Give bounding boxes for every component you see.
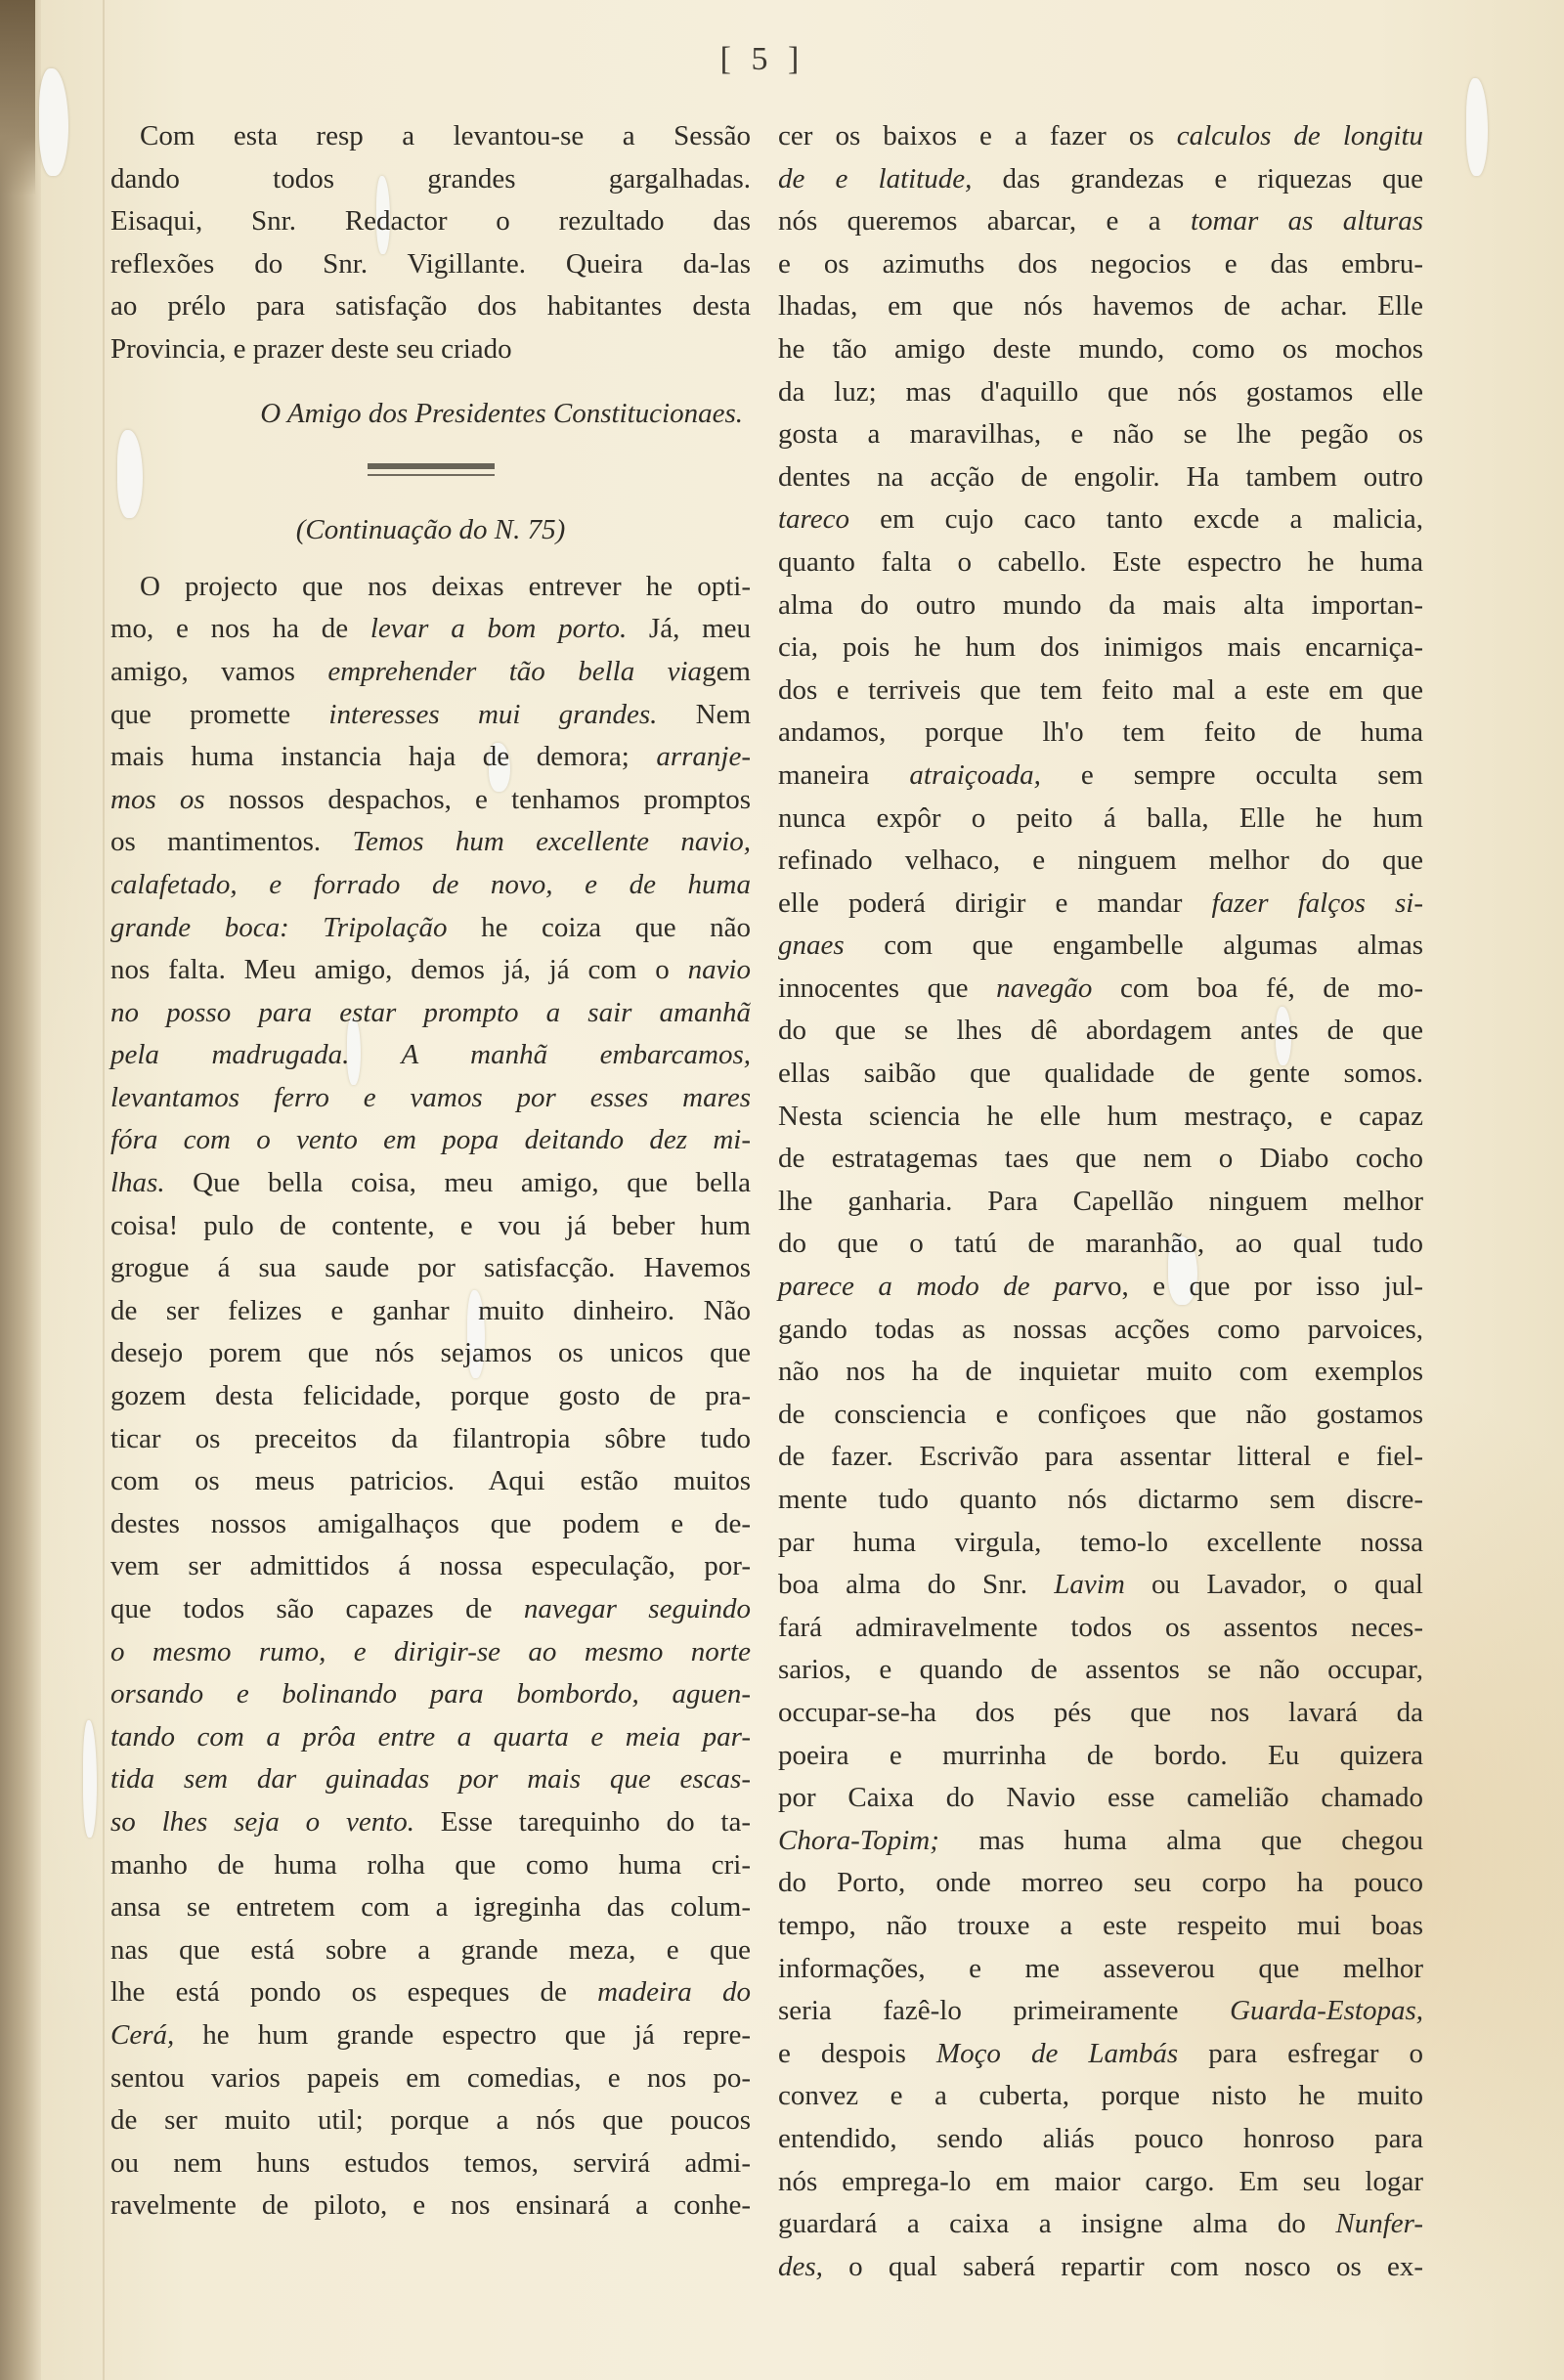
italic-text: Cerá, (110, 2019, 174, 2051)
text-line: levantamos ferro e vamos por esses mares (110, 1077, 751, 1120)
text: o qual saberá repartir com nosco os ex- (823, 2251, 1423, 2282)
text: ao prélo para satisfação dos habitantes … (110, 290, 751, 322)
text-line: par huma virgula, temo-lo excellente nos… (778, 1522, 1423, 1565)
text: lhe está pondo os espeques de (110, 1976, 597, 2008)
text-line: reflexões do Snr. Vigillante. Queira da-… (110, 243, 751, 286)
text: nos falta. Meu amigo, demos já, já com o (110, 954, 688, 985)
text-line: ticar os preceitos da filantropia sôbre … (110, 1418, 751, 1461)
text-line: ellas saibão que qualidade de gente somo… (778, 1053, 1423, 1096)
text-line: não nos ha de inquietar muito com exempl… (778, 1351, 1423, 1394)
text: reflexões do Snr. Vigillante. Queira da-… (110, 248, 751, 280)
text-line: gozem desta felicidade, porque gosto de … (110, 1375, 751, 1418)
text: par huma virgula, temo-lo excellente nos… (778, 1527, 1423, 1558)
text: que todos são capazes de (110, 1593, 524, 1624)
italic-text: mos os (110, 784, 205, 815)
text-line: do que se lhes dê abordagem antes de que (778, 1010, 1423, 1053)
text: destes nossos amigalhaços que podem e de… (110, 1508, 751, 1539)
text: ticar os preceitos da filantropia sôbre … (110, 1423, 751, 1454)
text: mais huma instancia haja de demora; (110, 741, 656, 772)
text-line: cia, pois he hum dos inimigos mais encar… (778, 627, 1423, 670)
text-line: boa alma do Snr. Lavim ou Lavador, o qua… (778, 1564, 1423, 1607)
italic-text: gnaes (778, 930, 845, 961)
text: maneira (778, 759, 909, 791)
text-line: por Caixa do Navio esse camelião chamado (778, 1777, 1423, 1820)
text-line: tando com a prôa entre a quarta e meia p… (110, 1716, 751, 1759)
text-line: de consciencia e confiçoes que não gosta… (778, 1394, 1423, 1437)
text: gozem desta felicidade, porque gosto de … (110, 1380, 751, 1411)
italic-text: tando com a prôa entre a quarta e meia p… (110, 1721, 751, 1753)
italic-text: fazer falços si- (1212, 887, 1423, 919)
text-line: lhas. Que bella coisa, meu amigo, que be… (110, 1162, 751, 1205)
text: he coiza que não (448, 912, 751, 943)
text: mo, e nos ha de (110, 613, 370, 644)
italic-text: grande boca: Tripolação (110, 912, 448, 943)
text: Já, meu (627, 613, 751, 644)
text: ansa se entretem com a igreginha das col… (110, 1891, 751, 1923)
text: os mantimentos. (110, 826, 352, 857)
italic-text: navio (688, 954, 751, 985)
text-line: seria fazê-lo primeiramente Guarda-Estop… (778, 1990, 1423, 2033)
italic-text: levar a bom porto. (370, 613, 627, 644)
text: a levantou-se a Sessão (402, 120, 751, 151)
text-line: ravelmente de piloto, e nos ensinará a c… (110, 2185, 751, 2228)
text-line: nunca expôr o peito á balla, Elle he hum (778, 798, 1423, 841)
italic-text: arranje- (656, 741, 751, 772)
text: coisa! pulo de contente, e vou já beber … (110, 1210, 751, 1241)
text: ravelmente de piloto, e nos ensinará a c… (110, 2189, 751, 2221)
text: nós queremos abarcar, e a (778, 205, 1191, 237)
text: em cujo caco tanto excde a malicia, (849, 503, 1423, 535)
text-line: com os meus patricios. Aqui estão muitos (110, 1460, 751, 1503)
text: nós emprega-lo em maior cargo. Em seu lo… (778, 2166, 1423, 2197)
text-line: calafetado, e forrado de novo, e de huma (110, 864, 751, 907)
text-line: elle poderá dirigir e mandar fazer falço… (778, 883, 1423, 926)
text-line: vem ser admittidos á nossa especulação, … (110, 1545, 751, 1588)
text: he tão amigo deste mundo, como os mochos (778, 333, 1423, 365)
text: alma do outro mundo da mais alta importa… (778, 589, 1423, 621)
binding-spine (0, 0, 41, 2380)
text-line: que promette interesses mui grandes. Nem (110, 694, 751, 737)
text: convez e a cuberta, porque nisto he muit… (778, 2080, 1423, 2111)
italic-text: Chora-Topim; (778, 1825, 939, 1856)
text: seria fazê-lo primeiramente (778, 1995, 1230, 2026)
text: sarios, e quando de assentos se não occu… (778, 1654, 1423, 1685)
text-line: pela madrugada. A manhã embarcamos, (110, 1034, 751, 1077)
text: dentes na acção de engolir. Ha tambem ou… (778, 461, 1423, 493)
paper-damage (39, 68, 68, 176)
text-line: gosta a maravilhas, e não se lhe pegão o… (778, 413, 1423, 456)
italic-text: interesses mui grandes. (328, 699, 657, 730)
text-line: fóra com o vento em popa deitando dez mi… (110, 1119, 751, 1162)
text-line: ou nem huns estudos temos, servirá admi- (110, 2142, 751, 2185)
text-line: e despois Moço de Lambás para esfregar o (778, 2033, 1423, 2076)
text: desejo porem que nós sejamos os unicos q… (110, 1337, 751, 1368)
text: lhe ganharia. Para Capellão ninguem melh… (778, 1186, 1423, 1217)
divider-thick (368, 463, 495, 469)
text: amigo, vamos (110, 656, 327, 687)
text-line: alma do outro mundo da mais alta importa… (778, 584, 1423, 627)
text: poeira e murrinha de bordo. Eu quizera (778, 1740, 1423, 1771)
text: cer os baixos e a fazer os (778, 120, 1177, 151)
text: andamos, porque lh'o tem feito de huma (778, 716, 1423, 748)
italic-text: atraiçoada, (909, 759, 1041, 791)
text: he hum grande espectro que já repre- (174, 2019, 751, 2051)
text-line: da luz; mas d'aquillo que nós gostamos e… (778, 371, 1423, 414)
text-line: maneira atraiçoada, e sempre occulta sem (778, 755, 1423, 798)
italic-text: calafetado, e forrado de novo, e de huma (110, 869, 751, 900)
text-line: de e latitude, das grandezas e riquezas … (778, 158, 1423, 201)
text: grogue á sua saude por satisfacção. Have… (110, 1252, 751, 1283)
text-line: no posso para estar prompto a sair amanh… (110, 992, 751, 1035)
text-line: coisa! pulo de contente, e vou já beber … (110, 1205, 751, 1248)
text-line: sarios, e quando de assentos se não occu… (778, 1649, 1423, 1692)
text: com boa fé, de mo- (1092, 973, 1423, 1004)
text-line: tida sem dar guinadas por mais que escas… (110, 1758, 751, 1801)
text-line: entendido, sendo aliás pouco honroso par… (778, 2118, 1423, 2161)
italic-text: des, (778, 2251, 823, 2282)
text: guardará a caixa a insigne alma do (778, 2208, 1335, 2239)
italic-text: orsando e bolinando para bombordo, aguen… (110, 1678, 751, 1709)
text-line: lhadas, em que nós havemos de achar. Ell… (778, 285, 1423, 328)
article-body-right: cer os baixos e a fazer os calculos de l… (778, 115, 1423, 2288)
italic-text: Temos hum excellente navio, (352, 826, 751, 857)
italic-text: no posso para estar prompto a sair amanh… (110, 997, 751, 1028)
text-line: tempo, não trouxe a este respeito mui bo… (778, 1905, 1423, 1948)
text: Com esta resp (140, 120, 364, 151)
italic-text: navegão (996, 973, 1092, 1004)
text-line: poeira e murrinha de bordo. Eu quizera (778, 1735, 1423, 1778)
text: de estratagemas taes que nem o Diabo coc… (778, 1143, 1423, 1174)
left-column: Com esta resp a levantou-se a Sessãodand… (110, 115, 751, 2228)
text: do que se lhes dê abordagem antes de que (778, 1015, 1423, 1046)
continuation-heading: (Continuação do N. 75) (110, 509, 751, 552)
text-line: sentou varios papeis em comedias, e nos … (110, 2057, 751, 2100)
text-line: grande boca: Tripolação he coiza que não (110, 907, 751, 950)
text: quanto falta o cabello. Este espectro he… (778, 546, 1423, 578)
text: mas huma alma que chegou (939, 1825, 1423, 1856)
text-line: O projecto que nos deixas entrever he op… (110, 566, 751, 609)
italic-text: calculos de longitu (1177, 120, 1423, 151)
text: informações, e me asseverou que melhor (778, 1953, 1423, 1984)
text-line: occupar-se-ha dos pés que nos lavará da (778, 1692, 1423, 1735)
text: ellas saibão que qualidade de gente somo… (778, 1058, 1423, 1089)
text-line: cer os baixos e a fazer os calculos de l… (778, 115, 1423, 158)
text: ou nem huns estudos temos, servirá admi- (110, 2147, 751, 2179)
text: que promette (110, 699, 328, 730)
italic-text: madeira do (597, 1976, 751, 2008)
text-line: nos falta. Meu amigo, demos já, já com o… (110, 949, 751, 992)
italic-text: levantamos ferro e vamos por esses mares (110, 1082, 751, 1113)
text-line: innocentes que navegão com boa fé, de mo… (778, 968, 1423, 1011)
text: do que o tatú de maranhão, ao qual tudo (778, 1228, 1423, 1259)
text: lhadas, em que nós havemos de achar. Ell… (778, 290, 1423, 322)
text-line: orsando e bolinando para bombordo, aguen… (110, 1673, 751, 1716)
text: entendido, sendo aliás pouco honroso par… (778, 2123, 1423, 2154)
text: das grandezas e riquezas que (972, 163, 1423, 195)
italic-text: Lavim (1054, 1569, 1125, 1600)
text-line: mos os nossos despachos, e tenhamos prom… (110, 779, 751, 822)
text: refinado velhaco, e ninguem melhor do qu… (778, 844, 1423, 876)
text: dando todos grandes gargalhadas. (110, 163, 751, 195)
text: innocentes que (778, 973, 996, 1004)
text: para esfregar o (1178, 2038, 1423, 2069)
text-line: o mesmo rumo, e dirigir-se ao mesmo nort… (110, 1631, 751, 1674)
text-line: Nesta sciencia he elle hum mestraço, e c… (778, 1096, 1423, 1139)
newspaper-page: [ 5 ] Com esta resp a levantou-se a Sess… (0, 0, 1564, 2380)
text-line: he tão amigo deste mundo, como os mochos (778, 328, 1423, 371)
text: tempo, não trouxe a este respeito mui bo… (778, 1910, 1423, 1941)
page-number: [ 5 ] (714, 41, 811, 78)
text: de ser muito util; porque a nós que pouc… (110, 2104, 751, 2136)
text-line: de ser felizes e ganhar muito dinheiro. … (110, 1290, 751, 1333)
italic-text: de e latitude, (778, 163, 972, 195)
section-divider (110, 435, 751, 503)
text: nossos despachos, e tenhamos promptos (205, 784, 751, 815)
text-line: guardará a caixa a insigne alma do Nunfe… (778, 2203, 1423, 2246)
text: nas que está sobre a grande meza, e que (110, 1934, 751, 1966)
italic-text: pela madrugada. A manhã embarcamos, (110, 1039, 751, 1070)
text-line: do Porto, onde morreo seu corpo ha pouco (778, 1862, 1423, 1905)
italic-text: navegar seguindo (524, 1593, 751, 1624)
paper-damage (83, 1720, 97, 1838)
text-line: amigo, vamos emprehender tão bella viage… (110, 651, 751, 694)
text-line: gando todas as nossas acções como parvoi… (778, 1309, 1423, 1352)
text: gosta a maravilhas, e não se lhe pegão o… (778, 418, 1423, 450)
text-line: desejo porem que nós sejamos os unicos q… (110, 1332, 751, 1375)
text (364, 120, 402, 151)
text: boa alma do Snr. (778, 1569, 1054, 1600)
text-line: tareco em cujo caco tanto excde a malici… (778, 498, 1423, 541)
text: da luz; mas d'aquillo que nós gostamos e… (778, 376, 1423, 408)
text-line: manho de huma rolha que como huma cri- (110, 1844, 751, 1887)
text: não nos ha de inquietar muito com exempl… (778, 1356, 1423, 1387)
italic-text: tomar as alturas (1191, 205, 1423, 237)
italic-text: emprehender tão bella via (327, 656, 702, 687)
italic-text: Nunfer- (1335, 2208, 1423, 2239)
binding-shadow (0, 0, 35, 195)
text-line: dando todos grandes gargalhadas. (110, 158, 751, 201)
text: Nesta sciencia he elle hum mestraço, e c… (778, 1101, 1423, 1132)
text-line: do que o tatú de maranhão, ao qual tudo (778, 1223, 1423, 1266)
italic-text: parece a modo de par (778, 1271, 1093, 1302)
text-line: lhe ganharia. Para Capellão ninguem melh… (778, 1181, 1423, 1224)
text: sentou varios papeis em comedias, e nos … (110, 2062, 751, 2094)
text: cia, pois he hum dos inimigos mais encar… (778, 631, 1423, 663)
text-line: nós emprega-lo em maior cargo. Em seu lo… (778, 2161, 1423, 2204)
text-line: ansa se entretem com a igreginha das col… (110, 1886, 751, 1929)
text-line: os mantimentos. Temos hum excellente nav… (110, 821, 751, 864)
italic-text: lhas. (110, 1167, 165, 1198)
text-line: mo, e nos ha de levar a bom porto. Já, m… (110, 608, 751, 651)
text-line: Com esta resp a levantou-se a Sessão (110, 115, 751, 158)
text-line: Cerá, he hum grande espectro que já repr… (110, 2014, 751, 2057)
opening-paragraph: Com esta resp a levantou-se a Sessãodand… (110, 115, 751, 371)
text: e os azimuths dos negocios e das embru- (778, 248, 1423, 280)
text: de ser felizes e ganhar muito dinheiro. … (110, 1295, 751, 1326)
text: fará admiravelmente todos os assentos ne… (778, 1612, 1423, 1643)
text: vo, e que por isso jul- (1093, 1271, 1423, 1302)
text-line: dentes na acção de engolir. Ha tambem ou… (778, 456, 1423, 499)
text: gem (702, 656, 751, 687)
article-body-left: O projecto que nos deixas entrever he op… (110, 566, 751, 2228)
right-column: cer os baixos e a fazer os calculos de l… (778, 115, 1423, 2288)
text: Que bella coisa, meu amigo, que bella (165, 1167, 751, 1198)
text: do Porto, onde morreo seu corpo ha pouco (778, 1867, 1423, 1898)
text: O projecto que nos deixas entrever he op… (140, 571, 751, 602)
text-line: Eisaqui, Snr. Redactor o rezultado das (110, 200, 751, 243)
text-line: so lhes seja o vento. Esse tarequinho do… (110, 1801, 751, 1844)
text-line: ao prélo para satisfação dos habitantes … (110, 285, 751, 328)
page-fold-line (103, 0, 105, 2380)
italic-text: Moço de Lambás (936, 2038, 1178, 2069)
italic-text: Guarda-Estopas, (1230, 1995, 1423, 2026)
text-line: grogue á sua saude por satisfacção. Have… (110, 1247, 751, 1290)
italic-text: so lhes seja o vento. (110, 1806, 414, 1838)
text: dos e terriveis que tem feito mal a este… (778, 674, 1423, 706)
divider-thin (368, 474, 495, 476)
text-line: Chora-Topim; mas huma alma que chegou (778, 1820, 1423, 1863)
text: Esse tarequinho do ta- (414, 1806, 751, 1838)
italic-text: o mesmo rumo, e dirigir-se ao mesmo nort… (110, 1636, 751, 1667)
text: ou Lavador, o qual (1125, 1569, 1423, 1600)
text-line: nós queremos abarcar, e a tomar as altur… (778, 200, 1423, 243)
text: com os meus patricios. Aqui estão muitos (110, 1465, 751, 1496)
text-line: dos e terriveis que tem feito mal a este… (778, 670, 1423, 713)
text-line: destes nossos amigalhaços que podem e de… (110, 1503, 751, 1546)
signature: O Amigo dos Presidentes Constitucionaes. (110, 393, 751, 436)
text-line: Provincia, e prazer deste seu criado (110, 328, 751, 371)
text: Nem (657, 699, 751, 730)
text: Eisaqui, Snr. Redactor o rezultado das (110, 205, 751, 237)
text-line: refinado velhaco, e ninguem melhor do qu… (778, 840, 1423, 883)
text: vem ser admittidos á nossa especulação, … (110, 1550, 751, 1581)
italic-text: tida sem dar guinadas por mais que escas… (110, 1763, 751, 1795)
italic-text: fóra com o vento em popa deitando dez mi… (110, 1124, 751, 1155)
text-line: de estratagemas taes que nem o Diabo coc… (778, 1138, 1423, 1181)
text-line: nas que está sobre a grande meza, e que (110, 1929, 751, 1972)
text-line: quanto falta o cabello. Este espectro he… (778, 541, 1423, 584)
text: gando todas as nossas acções como parvoi… (778, 1314, 1423, 1345)
italic-text: tareco (778, 503, 849, 535)
text-line: des, o qual saberá repartir com nosco os… (778, 2246, 1423, 2289)
text: nunca expôr o peito á balla, Elle he hum (778, 802, 1423, 834)
text: com que engambelle algumas almas (845, 930, 1423, 961)
text: Provincia, e prazer deste seu criado (110, 333, 512, 365)
text: de fazer. Escrivão para assentar littera… (778, 1441, 1423, 1472)
text-line: andamos, porque lh'o tem feito de huma (778, 712, 1423, 755)
text-line: gnaes com que engambelle algumas almas (778, 925, 1423, 968)
text-line: informações, e me asseverou que melhor (778, 1948, 1423, 1991)
text: mente tudo quanto nós dictarmo sem discr… (778, 1484, 1423, 1515)
text: elle poderá dirigir e mandar (778, 887, 1212, 919)
text-line: e os azimuths dos negocios e das embru- (778, 243, 1423, 286)
text-line: mais huma instancia haja de demora; arra… (110, 736, 751, 779)
text: e sempre occulta sem (1041, 759, 1423, 791)
text: por Caixa do Navio esse camelião chamado (778, 1782, 1423, 1813)
text: e despois (778, 2038, 936, 2069)
text-line: parece a modo de parvo, e que por isso j… (778, 1266, 1423, 1309)
text: occupar-se-ha dos pés que nos lavará da (778, 1697, 1423, 1728)
text-line: fará admiravelmente todos os assentos ne… (778, 1607, 1423, 1650)
text: manho de huma rolha que como huma cri- (110, 1849, 751, 1881)
text-line: que todos são capazes de navegar seguind… (110, 1588, 751, 1631)
text-line: de ser muito util; porque a nós que pouc… (110, 2099, 751, 2142)
text: de consciencia e confiçoes que não gosta… (778, 1399, 1423, 1430)
text-line: lhe está pondo os espeques de madeira do (110, 1971, 751, 2014)
text-line: de fazer. Escrivão para assentar littera… (778, 1436, 1423, 1479)
text-line: mente tudo quanto nós dictarmo sem discr… (778, 1479, 1423, 1522)
text-line: convez e a cuberta, porque nisto he muit… (778, 2075, 1423, 2118)
paper-damage (1466, 78, 1488, 176)
